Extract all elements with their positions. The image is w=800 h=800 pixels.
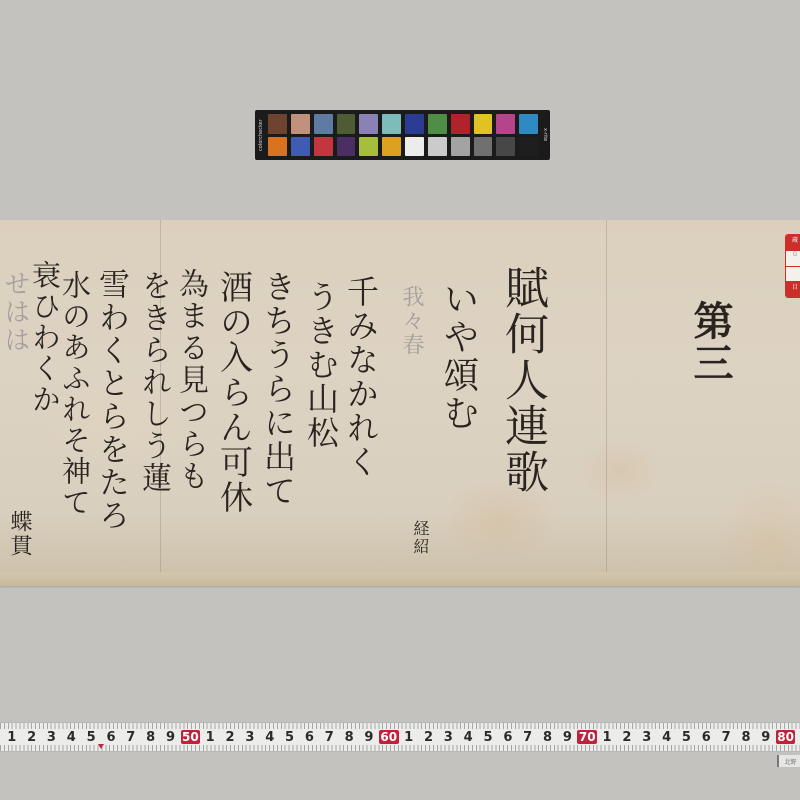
manuscript-scroll: 第三 賦何人連歌 いや頌む 我々春 千みなかれく うきむ山松 きちうらに出て 酒… [0, 220, 800, 586]
ruler-number: 70 [577, 730, 597, 744]
ruler-number: 8 [339, 730, 359, 745]
text-column-12: せはは [2, 270, 28, 354]
ruler-number: 3 [637, 730, 657, 745]
ruler-number: 3 [240, 730, 260, 745]
ruler-number: 4 [657, 730, 677, 745]
color-patch [359, 137, 378, 157]
ruler-number: 6 [697, 730, 717, 745]
color-patch [474, 137, 493, 157]
color-checker-maker: x-rite [540, 114, 548, 156]
text-column-5: きちうらに出て [262, 270, 294, 508]
color-patch [314, 137, 333, 157]
color-patch [428, 137, 447, 157]
color-patch [314, 114, 333, 134]
ruler-number: 80 [776, 730, 796, 744]
ruler-number: 9 [161, 730, 181, 745]
stamp-blank [786, 267, 800, 283]
ruler-number: 6 [101, 730, 121, 745]
ruler-number: 2 [617, 730, 637, 745]
color-patch [451, 137, 470, 157]
color-patch [519, 137, 538, 157]
measurement-ruler: 1234567895012345678960123456789701234567… [0, 722, 800, 752]
ruler-number: 7 [121, 730, 141, 745]
ruler-number: 5 [81, 730, 101, 745]
color-patch [496, 114, 515, 134]
ruler-number: 1 [399, 730, 419, 745]
collection-label-stamp: 蔵 G 目 [785, 234, 800, 298]
ruler-number: 9 [558, 730, 578, 745]
color-checker-card: colorchecker x-rite [255, 110, 550, 160]
text-column-4: うきむ山松 [305, 280, 337, 450]
ruler-number: 2 [419, 730, 439, 745]
ruler-number: 1 [597, 730, 617, 745]
ruler-number: 5 [280, 730, 300, 745]
color-patch [428, 114, 447, 134]
ruler-ticks-bottom [0, 745, 800, 751]
stamp-top: 蔵 [786, 235, 800, 251]
text-column-9: 雪わくとらをたろ [95, 268, 126, 532]
ruler-number: 5 [677, 730, 697, 745]
color-patch [337, 137, 356, 157]
ruler-number: 5 [478, 730, 498, 745]
ruler-number: 4 [62, 730, 82, 745]
color-patch [268, 137, 287, 157]
ruler-number: 7 [320, 730, 340, 745]
color-patch [359, 114, 378, 134]
ruler-number: 9 [756, 730, 776, 745]
corner-tag: 北野 [777, 755, 800, 767]
stamp-middle: G [786, 251, 800, 267]
stamp-bottom: 目 [786, 282, 800, 297]
text-column-8: をきられしう蓮 [138, 270, 168, 494]
text-column-11: 衰ひわくか [30, 260, 59, 415]
ruler-number: 6 [300, 730, 320, 745]
ruler-number: 1 [200, 730, 220, 745]
ruler-number: 8 [538, 730, 558, 745]
text-column-1: いや頌む [440, 280, 476, 432]
ruler-number: 7 [518, 730, 538, 745]
color-checker-brand: colorchecker [258, 114, 268, 156]
annotation-signature: 経紹 [412, 520, 428, 556]
ruler-number: 2 [22, 730, 42, 745]
ruler-number: 60 [379, 730, 399, 744]
text-column-10: 水のあふれそ神て [60, 270, 89, 518]
color-patch [451, 114, 470, 134]
annotation-signature-2: 蝶貫 [8, 510, 30, 558]
color-patch [382, 114, 401, 134]
color-checker-grid [268, 114, 538, 156]
ruler-number: 2 [220, 730, 240, 745]
ruler-number: 3 [42, 730, 62, 745]
text-column-7: 為まる見つらも [175, 268, 205, 492]
paper-seam [606, 220, 607, 586]
ruler-number: 1 [2, 730, 22, 745]
ruler-numbers: 1234567895012345678960123456789701234567… [0, 729, 800, 745]
color-patch [519, 114, 538, 134]
text-column-2: 我々春 [400, 285, 422, 357]
color-patch [291, 114, 310, 134]
color-patch [268, 114, 287, 134]
color-patch [405, 114, 424, 134]
section-title-mark: 第三 [690, 300, 730, 384]
ruler-number: 9 [359, 730, 379, 745]
text-column-3: 千みなかれく [345, 275, 377, 479]
color-patch [474, 114, 493, 134]
color-patch [496, 137, 515, 157]
color-patch [382, 137, 401, 157]
color-patch [405, 137, 424, 157]
ruler-number: 50 [181, 730, 201, 744]
color-patch [291, 137, 310, 157]
ruler-number: 7 [716, 730, 736, 745]
text-column-6: 酒の入らん可休 [218, 270, 251, 515]
ruler-number: 4 [260, 730, 280, 745]
ruler-number: 8 [736, 730, 756, 745]
heading-column: 賦何人連歌 [500, 265, 544, 495]
ruler-number: 3 [439, 730, 459, 745]
color-patch [337, 114, 356, 134]
ruler-number: 4 [458, 730, 478, 745]
ruler-number: 8 [141, 730, 161, 745]
scroll-bottom-edge [0, 572, 800, 586]
ruler-number: 6 [498, 730, 518, 745]
